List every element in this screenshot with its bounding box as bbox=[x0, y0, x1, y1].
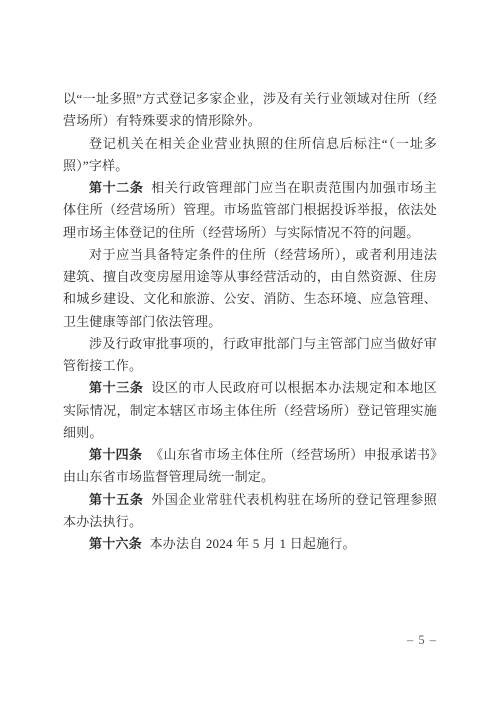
paragraph-article-13: 第十三条设区的市人民政府可以根据本办法规定和本地区实际情况，制定本辖区市场主体住… bbox=[63, 377, 437, 444]
article-term: 第十五条 bbox=[89, 492, 144, 507]
paragraph-article-15: 第十五条外国企业常驻代表机构驻在场所的登记管理参照本办法执行。 bbox=[63, 489, 437, 534]
article-term: 第十四条 bbox=[89, 447, 142, 462]
paragraph-article-14: 第十四条《山东省市场主体住所（经营场所）申报承诺书》由山东省市场监督管理局统一制… bbox=[63, 444, 437, 489]
paragraph-text: 以“一址多照”方式登记多家企业，涉及有关行业领域对住所（经营场所）有特殊要求的情… bbox=[63, 91, 437, 128]
paragraph-text: 涉及行政审批事项的，行政审批部门与主管部门应当做好审管衔接工作。 bbox=[63, 336, 437, 373]
article-term: 第十三条 bbox=[89, 380, 144, 395]
page-number: – 5 – bbox=[407, 633, 437, 647]
paragraph-article-12: 第十二条相关行政管理部门应当在职责范围内加强市场主体住所（经营场所）管理。市场监… bbox=[63, 177, 437, 244]
paragraph-text: 本办法自 2024 年 5 月 1 日起施行。 bbox=[150, 536, 356, 551]
paragraph: 登记机关在相关企业营业执照的住所信息后标注“（一址多照）”字样。 bbox=[63, 133, 437, 178]
paragraph: 以“一址多照”方式登记多家企业，涉及有关行业领域对住所（经营场所）有特殊要求的情… bbox=[63, 88, 437, 133]
paragraph: 对于应当具备特定条件的住所（经营场所），或者利用违法建筑、擅自改变房屋用途等从事… bbox=[63, 244, 437, 333]
article-term: 第十六条 bbox=[89, 536, 142, 551]
page-footer: – 5 – bbox=[63, 633, 437, 648]
paragraph: 涉及行政审批事项的，行政审批部门与主管部门应当做好审管衔接工作。 bbox=[63, 333, 437, 378]
paragraph-text: 登记机关在相关企业营业执照的住所信息后标注“（一址多照）”字样。 bbox=[63, 136, 437, 173]
article-term: 第十二条 bbox=[89, 180, 144, 195]
document-page: 以“一址多照”方式登记多家企业，涉及有关行业领域对住所（经营场所）有特殊要求的情… bbox=[0, 0, 500, 707]
paragraph-text: 对于应当具备特定条件的住所（经营场所），或者利用违法建筑、擅自改变房屋用途等从事… bbox=[63, 247, 437, 329]
paragraph-article-16: 第十六条本办法自 2024 年 5 月 1 日起施行。 bbox=[63, 533, 437, 555]
document-body: 以“一址多照”方式登记多家企业，涉及有关行业领域对住所（经营场所）有特殊要求的情… bbox=[63, 88, 437, 555]
